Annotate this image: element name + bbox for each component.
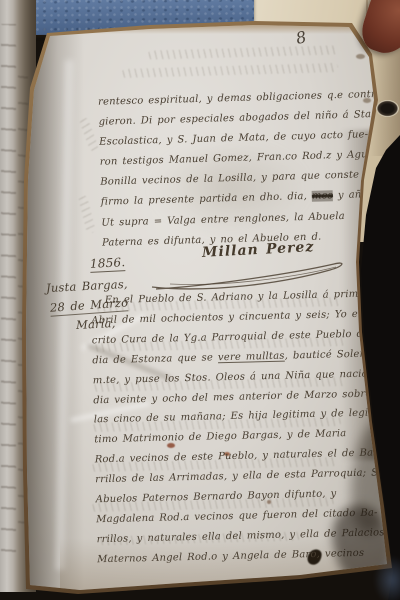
blue-fabric: [374, 556, 400, 600]
baptism-entry-paragraph: En el Pueblo de S. Adriano y la Losilla …: [91, 285, 370, 570]
manuscript-photo: 8 rentesco espiritual, y demas obligacio…: [0, 0, 400, 600]
manuscript-page: 8 rentesco espiritual, y demas obligacio…: [0, 0, 400, 600]
eyelet-mark: [376, 100, 399, 117]
edge-spot: [356, 54, 365, 59]
bleedthrough-writing: [1, 24, 16, 564]
bleedthrough-line: [122, 63, 338, 78]
underlined-words: vere mulltas: [218, 350, 285, 363]
text-segment: firmo la presente partida en dho. dia,: [101, 191, 312, 208]
margin-year: 1856.: [90, 255, 126, 273]
closing-entry-paragraph: rentesco espiritual, y demas obligacione…: [98, 85, 368, 253]
text-segment: dia de Estonza que se: [92, 352, 218, 366]
crossed-out-word: mes: [312, 191, 333, 203]
bleedthrough-line: [148, 45, 338, 59]
